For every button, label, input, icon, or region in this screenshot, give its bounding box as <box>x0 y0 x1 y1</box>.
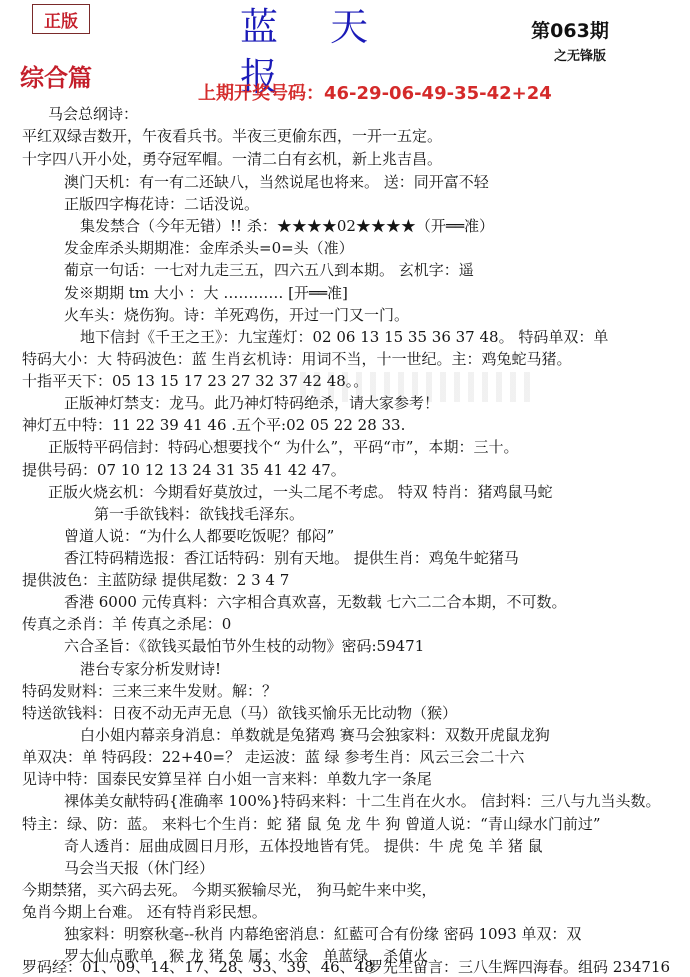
authentic-badge: 正版 <box>32 4 90 34</box>
text-line: 罗码经：01、09、14、17、28、33、39、46、48 <box>22 957 374 977</box>
previous-draw-label: 上期开奖号码： <box>198 83 324 104</box>
text-line: 火车头：烧伤狗。诗：羊死鸡伤，开过一门又一门。 <box>64 305 409 325</box>
text-line: 葡京一句话：一七对九走三五，四六五八到本期。 玄机字：遥 <box>64 260 474 280</box>
text-line: 澳门天机：有一有二还缺八，当然说尾也将来。 送：同开富不轻 <box>64 172 489 192</box>
text-line: 提供号码：07 10 12 13 24 31 35 41 42 47。 <box>22 460 346 480</box>
text-line: 香江特码精选报：香江话特码：别有天地。 提供生肖：鸡兔牛蛇猪马 <box>64 548 519 568</box>
previous-draw-result: 上期开奖号码：46-29-06-49-35-42+24 <box>198 79 552 105</box>
text-line: 六合圣旨：《欲钱买最怕节外生枝的动物》密码:59471 <box>64 636 424 656</box>
text-line: 地下信封《千王之王》：九宝莲灯：02 06 13 15 35 36 37 48。… <box>80 327 608 347</box>
text-line: 兔肖今期上台难。 还有特肖彩民想。 <box>22 902 267 922</box>
text-line: 港台专家分析发财诗! <box>80 659 221 679</box>
text-line: 正版神灯禁支：龙马。此乃神灯特码绝杀，请大家参考！ <box>64 393 439 413</box>
text-line: 特码发财料：三来三来牛发财。解：？ <box>22 681 277 701</box>
text-line: 今期禁猪，买六码去死。 今期买猴输尽光， 狗马蛇牛来中奖， <box>22 880 437 900</box>
text-line: 特主：绿、防：蓝。 来料七个生肖：蛇 猪 鼠 兔 龙 牛 狗 曾道人说：“青山绿… <box>22 814 601 834</box>
text-line: 曾道人说：“为什么人都要吃饭呢？郁闷” <box>64 526 334 546</box>
text-line: 裸体美女献特码{准确率 100%}特码来料：十二生肖在火水。 信封料：三八与九当… <box>64 791 661 811</box>
section-title: 综合篇 <box>20 58 92 93</box>
text-line: 特码大小：大 特码波色：蓝 生肖玄机诗：用词不当，十一世纪。主：鸡兔蛇马猪。 <box>22 349 572 369</box>
text-line: 特送欲钱料：日夜不动无声无息（马）欲钱买愉乐无比动物（猴） <box>22 703 457 723</box>
text-line: 传真之杀肖：羊 传真之杀尾：0 <box>22 614 231 634</box>
newspaper-title: 蓝 天 报 <box>240 2 440 52</box>
text-line: 单双决：单 特码段：22+40=？ 走运波：蓝 绿 参考生肖：风云三会二十六 <box>22 747 524 767</box>
text-line: 正版四字梅花诗：二话没说。 <box>64 194 259 214</box>
text-line: 神灯五中特：11 22 39 41 46 .五个平:02 05 22 28 33… <box>22 415 405 435</box>
text-line: 独家料：明察秋毫--秋肖 内幕绝密消息：紅藍可合有份缘 密码 1093 单双：双 <box>64 924 581 944</box>
text-line: 见诗中特：国泰民安算呈祥 白小姐一言来料：单数九字一条尾 <box>22 769 432 789</box>
text-line: 正版火烧玄机：今期看好莫放过，一头二尾不考虑。 特双 特肖：猪鸡鼠马蛇 <box>48 482 553 502</box>
text-line: 白小姐内幕亲身消息：单数就是兔猪鸡 赛马会独家料：双数开虎鼠龙狗 <box>80 725 550 745</box>
text-line: 正版特平码信封：特码心想要找个“ 为什么”，平码“市”，本期：三十。 <box>48 437 518 457</box>
previous-draw-numbers: 46-29-06-49-35-42+24 <box>324 83 552 104</box>
text-line: 集发禁合（今年无错）!! 杀：★★★★02★★★★（开══准） <box>80 216 494 236</box>
edition-label: 之无锋版 <box>540 45 620 64</box>
text-line: 罗先生留言：三八生辉四海春。组码 234716 <box>368 957 670 977</box>
text-line: 提供波色：主蓝防绿 提供尾数：2 3 4 7 <box>22 570 289 590</box>
text-line: 发金库杀头期期准：金库杀头=0=头（准） <box>64 238 354 258</box>
text-line: 十指平天下：05 13 15 17 23 27 32 37 42 48。。 <box>22 371 368 391</box>
text-line: 发※期期 tm 大小 ：大 ………… [开══准] <box>64 283 348 303</box>
text-line: 平红双绿吉数开，午夜看兵书。半夜三更偷东西，一开一五定。 <box>22 126 442 146</box>
text-line: 马会当天报（休门经） <box>64 858 214 878</box>
text-line: 第一手欲钱料：欲钱找毛泽东。 <box>94 504 304 524</box>
text-line: 香港 6000 元传真料：六字相合真欢喜，无数载 七六二二合本期，不可数。 <box>64 592 566 612</box>
text-line: 十字四八开小处，勇夺冠军帽。一清二白有玄机，新上兆吉昌。 <box>22 149 442 169</box>
text-line: 马会总纲诗： <box>48 104 138 124</box>
text-line: 奇人透肖：屈曲成圆日月形，五体投地皆有凭。 提供：牛 虎 兔 羊 猪 鼠 <box>64 836 543 856</box>
issue-number: 第063期 <box>520 16 620 43</box>
